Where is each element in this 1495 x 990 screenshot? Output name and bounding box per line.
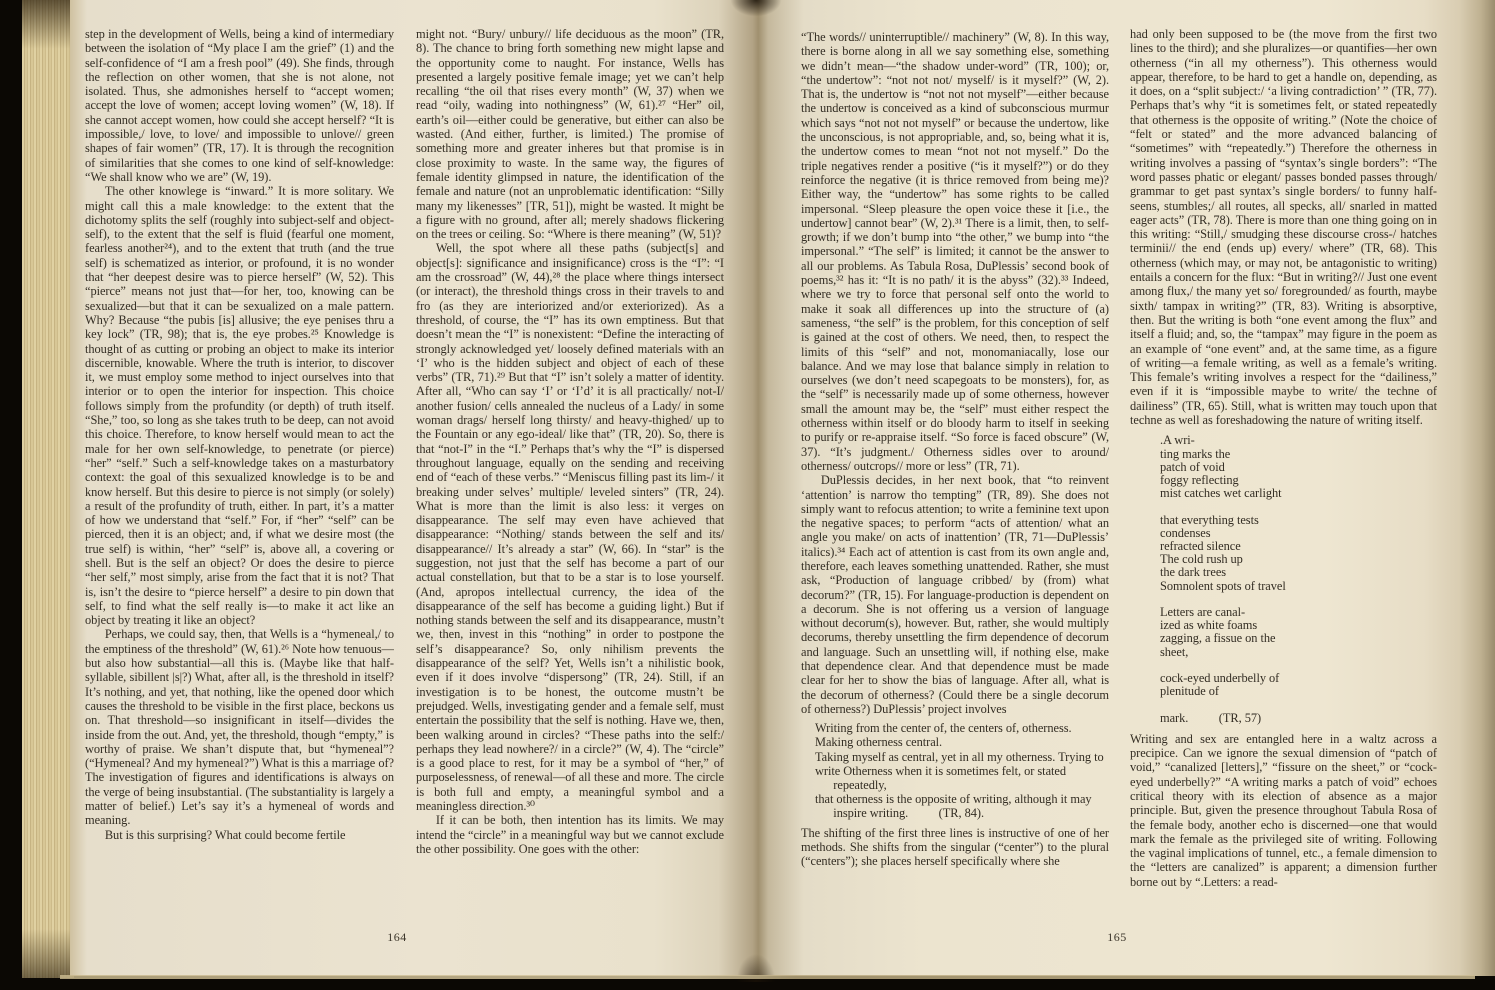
poem-excerpt: .A wri- ting marks the patch of void fog… [1160,434,1437,724]
paragraph: Writing and sex are entangled here in a … [1130,732,1437,889]
right-page-column-2: had only been supposed to be (the move f… [1130,27,1437,933]
page-edges-left [22,0,74,978]
book-spread-photo: step in the development of Wells, being … [0,0,1495,990]
right-page-column-1: “The words// uninterruptible// machinery… [801,30,1109,933]
spine-notch-top [722,0,790,22]
paragraph: had only been supposed to be (the move f… [1130,27,1437,427]
paragraph: step in the development of Wells, being … [85,27,394,184]
paragraph: The other knowlege is “inward.” It is mo… [85,184,394,627]
left-page-number: 164 [378,930,416,945]
block-quote: Writing from the center of, the centers … [815,721,1109,820]
paragraph: The shifting of the first three lines is… [801,826,1109,869]
left-page-column-1: step in the development of Wells, being … [85,27,394,928]
left-page-column-2: might not. “Bury/ unbury// life deciduou… [416,27,724,933]
paragraph: But is this surprising? What could becom… [85,828,394,842]
paragraph: might not. “Bury/ unbury// life deciduou… [416,27,724,241]
paragraph: DuPlessis decides, in her next book, tha… [801,473,1109,716]
paragraph: If it can be both, then intention has it… [416,813,724,856]
paragraph: “The words// uninterruptible// machinery… [801,30,1109,473]
right-page-number: 165 [1098,930,1136,945]
paragraph: Perhaps, we could say, then, that Wells … [85,627,394,827]
page-edges-bottom [60,975,1475,979]
paragraph: Well, the spot where all these paths (su… [416,241,724,813]
